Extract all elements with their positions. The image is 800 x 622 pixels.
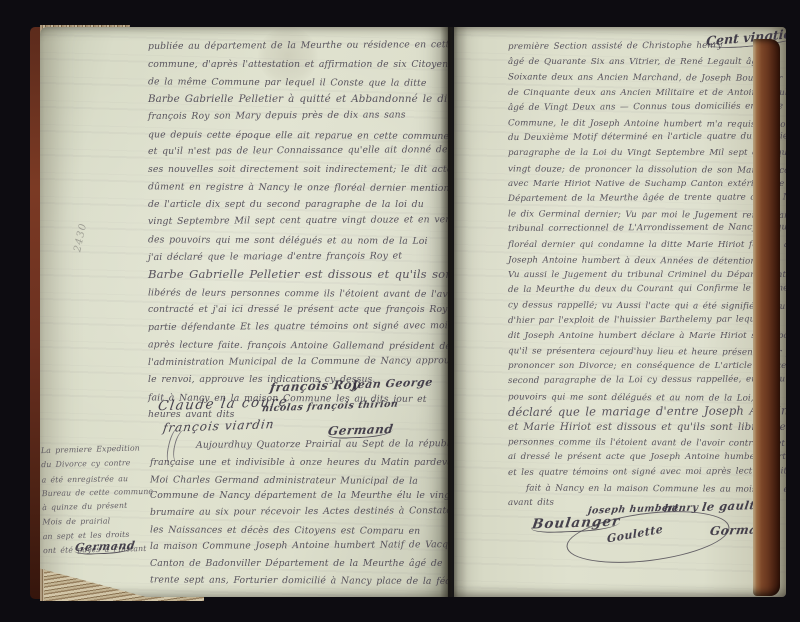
- cover-right-edge: [753, 39, 780, 596]
- manuscript-line: floréal dernier qui condamne la ditte Ma…: [508, 238, 786, 253]
- manuscript-line: et qu'il n'est pas de leur Connaissance …: [148, 142, 428, 161]
- manuscript-line: paragraphe de la Loi du Vingt Septembre …: [508, 146, 786, 161]
- manuscript-line: j'ai déclaré que le mariage d'entre fran…: [148, 247, 428, 266]
- left-page-act2-text: Aujourdhuy Quatorze Prairial au Sept de …: [150, 438, 430, 589]
- manuscript-line: françois Roy son Mary depuis près de dix…: [148, 106, 428, 125]
- manuscript-line: française une et indivisible à onze heur…: [150, 455, 430, 472]
- manuscript-line: dit Joseph Antoine humbert déclare à Mar…: [508, 329, 786, 344]
- manuscript-line: qu'il se présentera cejourd'huy lieu et …: [508, 344, 786, 361]
- manuscript-line: contracté et j'ai ici dressé le présent …: [148, 301, 428, 319]
- left-page: 2430 publiée au département de la Meurth…: [40, 27, 448, 597]
- manuscript-line: Aujourdhuy Quatorze Prairial au Sept de …: [150, 436, 430, 455]
- manuscript-line: trente sept ans, Forturier domicilié à N…: [150, 573, 430, 591]
- right-page: Cent vingtieme première Section assisté …: [454, 27, 786, 597]
- manuscript-line: a été enregistrée au: [41, 471, 147, 487]
- manuscript-line: La premiere Expedition: [41, 441, 147, 458]
- signature-goulette: Goulette: [607, 523, 664, 546]
- manuscript-line: Moi Charles Germand administrateur Munic…: [150, 472, 430, 490]
- manuscript-line: du Divorce cy contre: [41, 456, 147, 473]
- right-page-text: première Section assisté de Christophe h…: [508, 40, 786, 511]
- manuscript-line: première Section assisté de Christophe h…: [508, 38, 786, 55]
- manuscript-line: à quinze du présent: [42, 498, 148, 515]
- manuscript-line: de Cinquante deux ans Ancien Militaire e…: [508, 86, 786, 101]
- left-page-act1-text: publiée au département de la Meurthe ou …: [148, 38, 428, 424]
- manuscript-line: vingt douze; de prononcer la dissolution…: [508, 162, 786, 179]
- manuscript-line: Département de la Meurthe âgée de trente…: [508, 190, 786, 207]
- manuscript-line: commune, d'après l'attestation et affirm…: [148, 56, 428, 74]
- pencil-number: 2430: [72, 222, 89, 253]
- manuscript-line: du Deuxième Motif déterminé en l'article…: [508, 129, 786, 146]
- manuscript-line: Soixante deux ans Ancien Marchand, de Jo…: [508, 71, 786, 88]
- book-gutter: [440, 27, 458, 597]
- manuscript-line: âgé de Quarante Six ans Vitrier, de René…: [508, 55, 786, 70]
- signature-le-gault: le gault: [701, 498, 756, 514]
- manuscript-line: libérés de leurs personnes comme ils l'é…: [148, 284, 428, 303]
- manuscript-line: partie défendante Et les quatre témoins …: [148, 317, 428, 336]
- manuscript-line: l'administration Municipal de la Commune…: [148, 352, 428, 371]
- manuscript-line: et les quatre témoins ont signé avec moi…: [508, 464, 786, 481]
- register-book: 2430 publiée au département de la Meurth…: [30, 25, 778, 601]
- manuscript-line: Joseph Antoine humbert à deux Années de …: [508, 253, 786, 270]
- manuscript-line: âgé de Vingt Deux ans — Connus tous domi…: [508, 99, 786, 116]
- manuscript-line: tribunal correctionnel de L'Arrondisseme…: [508, 221, 786, 238]
- manuscript-line: Barbe Gabrielle Pelletier est dissous et…: [148, 266, 428, 284]
- manuscript-line: la maison Commune Joseph Antoine humbert…: [150, 537, 430, 556]
- manuscript-line: et Marie Hiriot est dissous et qu'ils so…: [508, 420, 786, 435]
- manuscript-line: ai dressé le présent acte que Joseph Ant…: [508, 450, 786, 465]
- manuscript-line: d'hier par l'exploit de l'huissier Barth…: [508, 312, 786, 329]
- manuscript-line: brumaire au six pour récevoir les Actes …: [150, 503, 430, 522]
- manuscript-line: ses nouvelles soit directement soit indi…: [148, 161, 428, 179]
- manuscript-line: déclaré que le mariage d'entre Joseph An…: [508, 403, 786, 420]
- manuscript-line: Canton de Badonviller Département de la …: [150, 556, 430, 573]
- manuscript-line: publiée au département de la Meurthe ou …: [148, 36, 428, 55]
- manuscript-line: vingt Septembre Mil sept cent quatre vin…: [148, 212, 428, 231]
- manuscript-line: second paragraphe de la Loi cy dessus ra…: [508, 373, 786, 390]
- manuscript-line: dûment en registre à Nancy le onze floré…: [148, 179, 428, 198]
- manuscript-line: de la Meurthe du deux du Courant qui Con…: [508, 282, 786, 299]
- register-photograph: 2430 publiée au département de la Meurth…: [0, 0, 800, 622]
- manuscript-line: de la même Commune par lequel il Conste …: [148, 73, 428, 92]
- manuscript-line: personnes comme ils l'étoient avant de l…: [508, 436, 786, 453]
